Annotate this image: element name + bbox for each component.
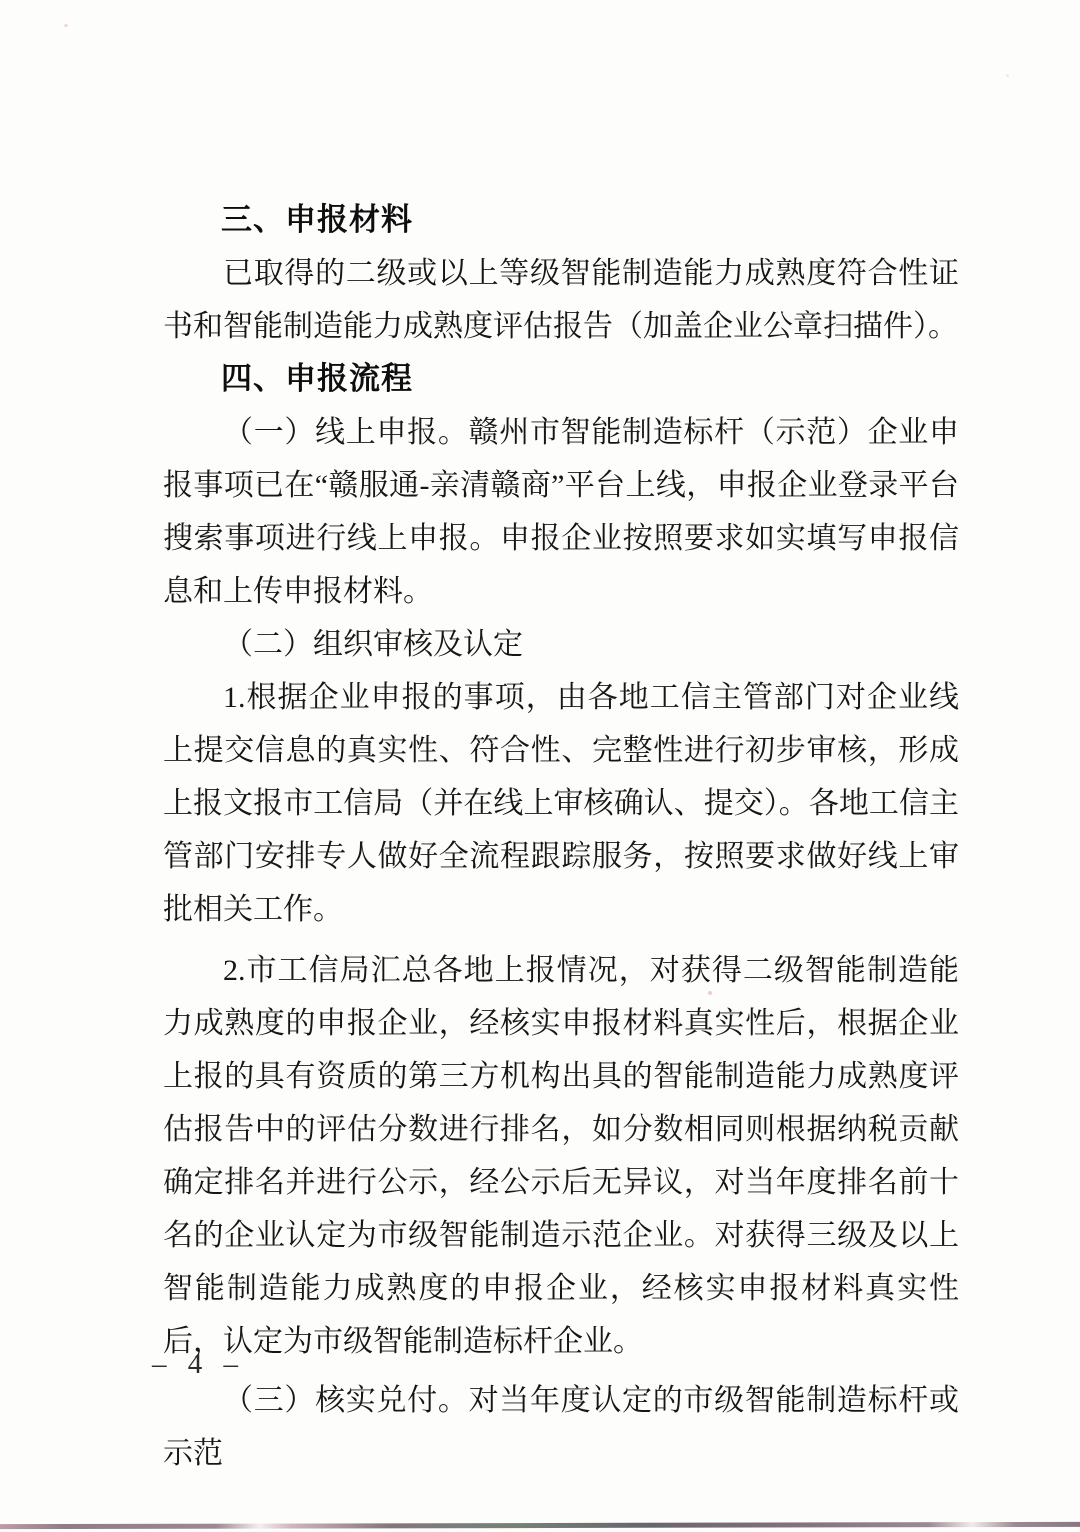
paragraph-application-materials: 已取得的二级或以上等级智能制造能力成熟度符合性证书和智能制造能力成熟度评估报告（… (163, 247, 959, 353)
scan-edge-artifact (0, 1522, 1080, 1529)
paragraph-verification-and-payment: （三）核实兑付。对当年度认定的市级智能制造标杆或示范 (163, 1374, 959, 1480)
page-number: – 4 – (152, 1348, 245, 1380)
scan-speck (1006, 74, 1009, 77)
subheading-review-and-determination: （二）组织审核及认定 (163, 618, 959, 671)
paragraph-review-step-1: 1.根据企业申报的事项，由各地工信主管部门对企业线上提交信息的真实性、符合性、完… (163, 671, 959, 936)
document-body: 三、申报材料 已取得的二级或以上等级智能制造能力成熟度符合性证书和智能制造能力成… (163, 194, 959, 1480)
paragraph-online-application: （一）线上申报。赣州市智能制造标杆（示范）企业申报事项已在“赣服通-亲清赣商”平… (163, 406, 959, 618)
scan-speck (64, 24, 68, 27)
section-heading-application-materials: 三、申报材料 (163, 194, 959, 247)
scanned-document-page: { "document": { "sections": [ { "type": … (0, 0, 1080, 1532)
section-heading-application-process: 四、申报流程 (163, 353, 959, 406)
paragraph-review-step-2: 2.市工信局汇总各地上报情况，对获得二级智能制造能力成熟度的申报企业，经核实申报… (163, 944, 959, 1368)
